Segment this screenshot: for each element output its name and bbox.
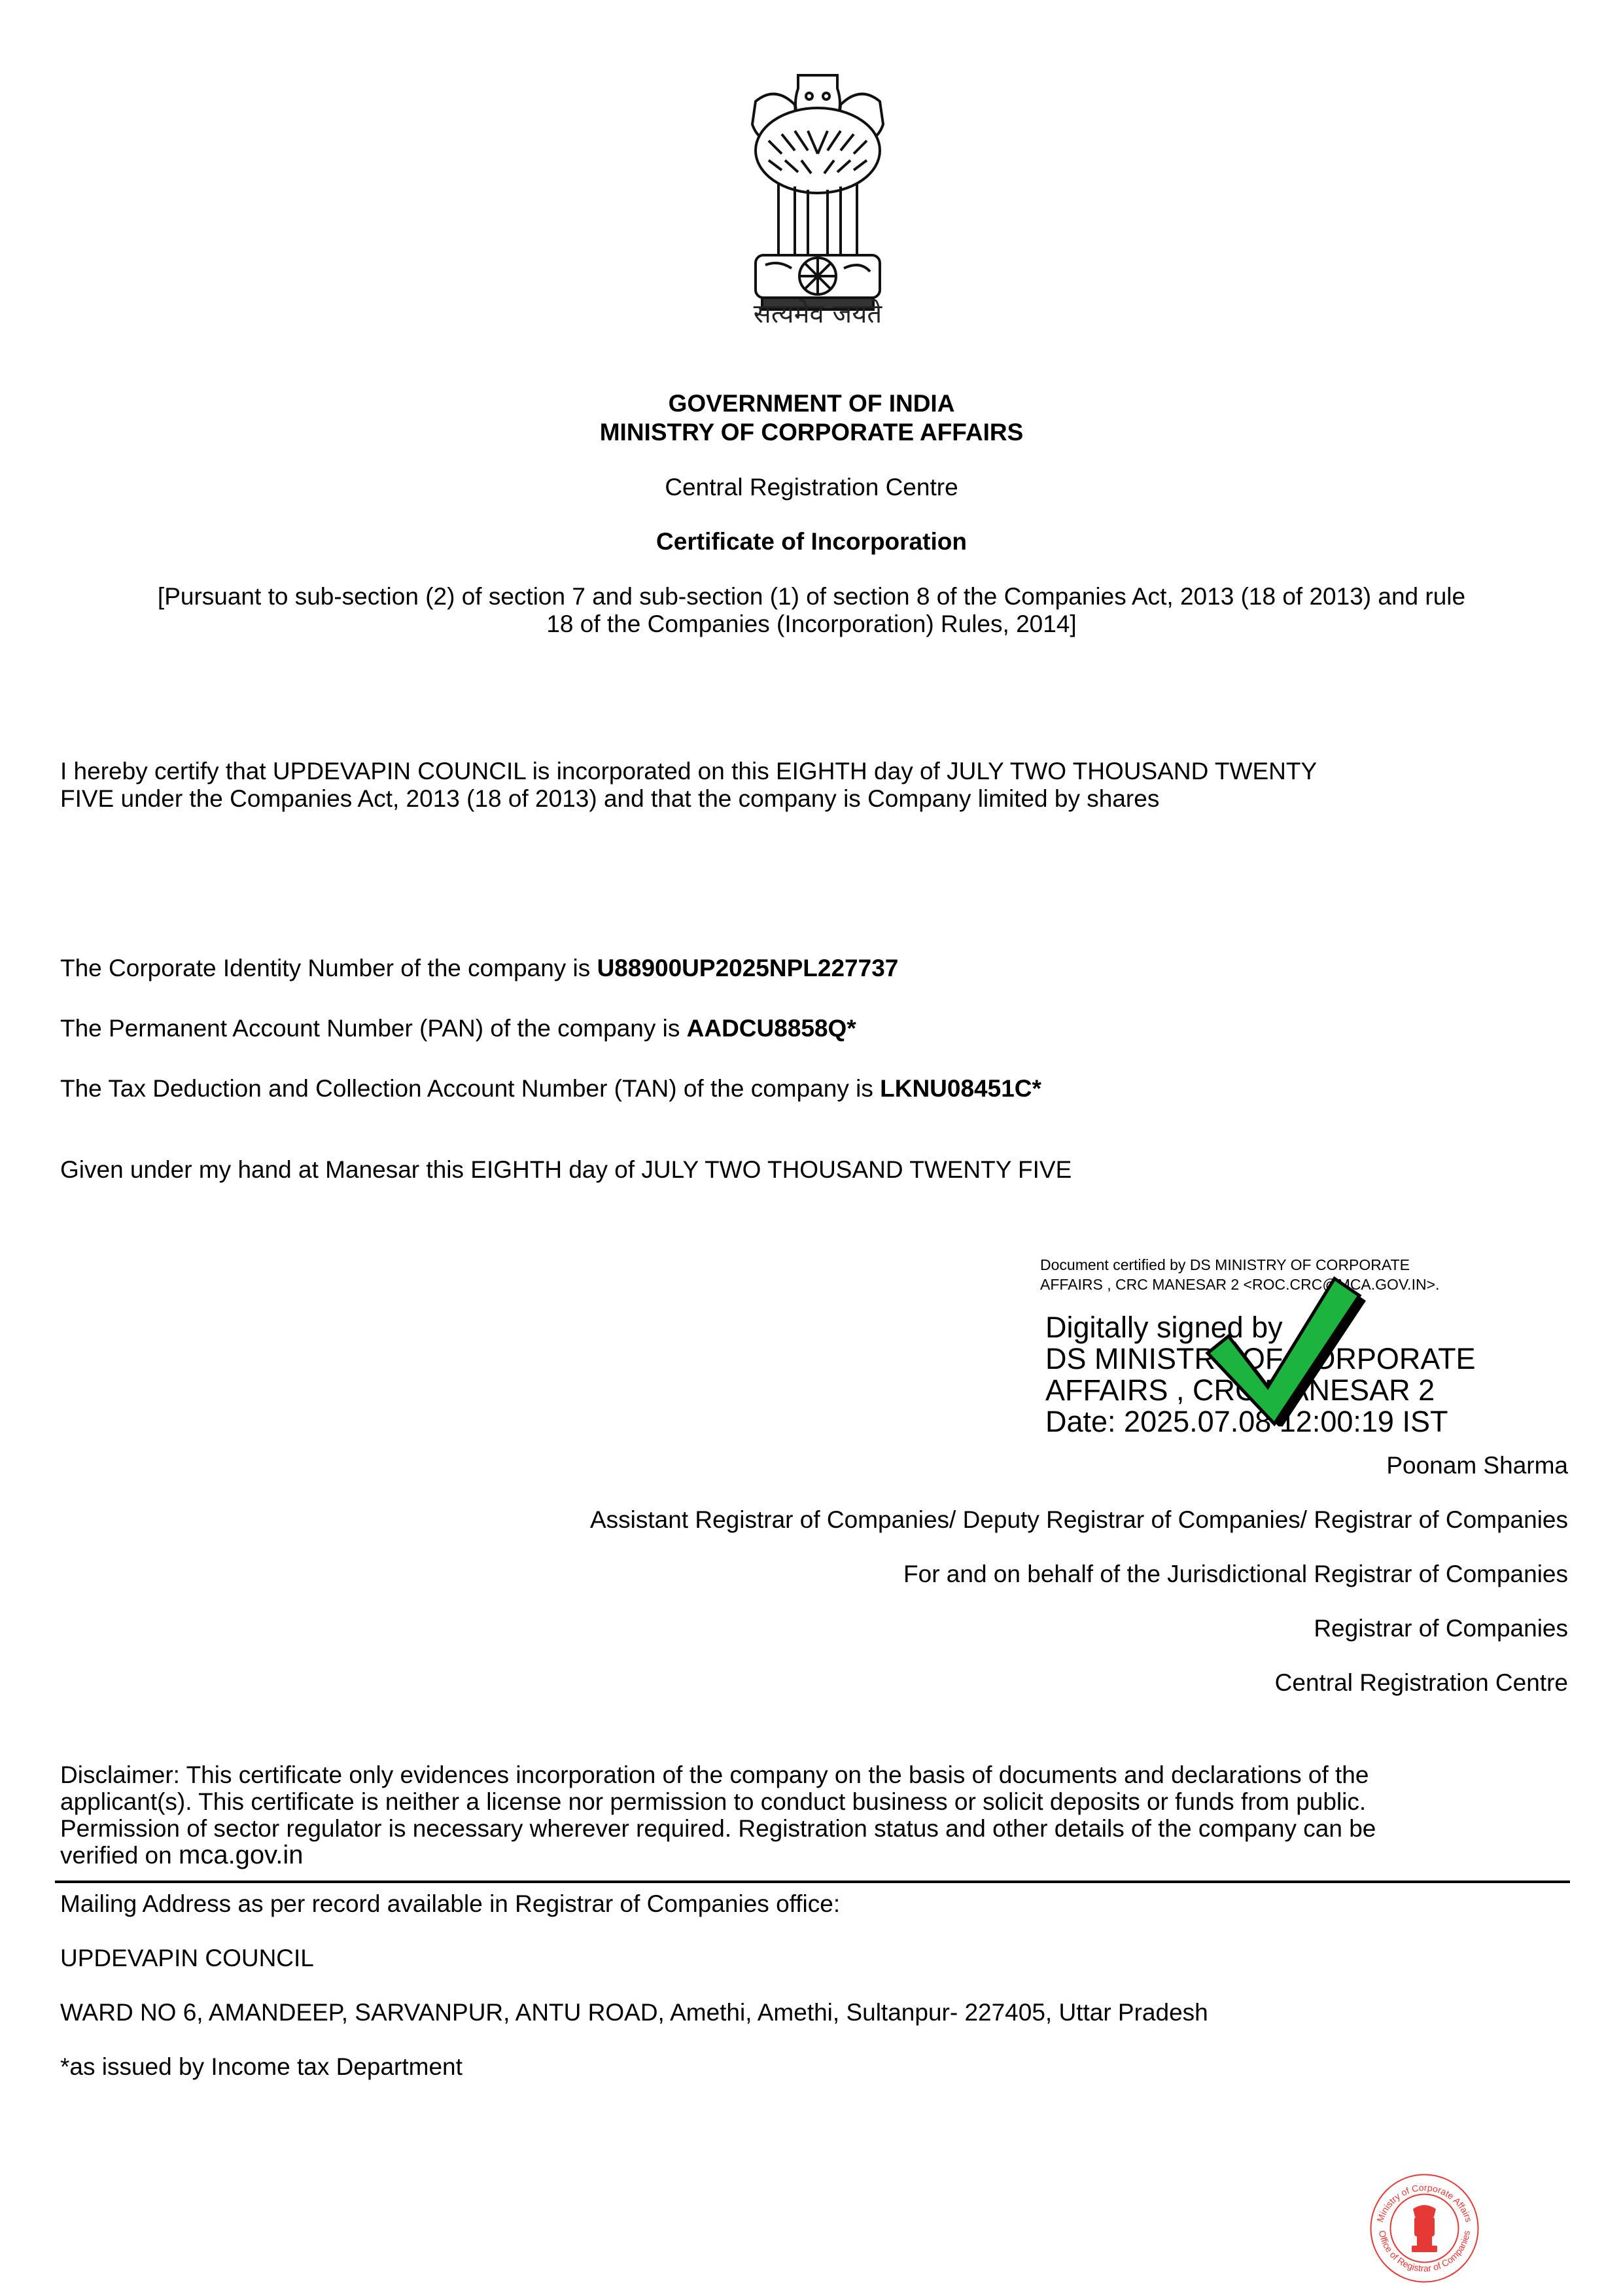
document-title: Certificate of Incorporation: [0, 527, 1623, 556]
mailing-company: UPDEVAPIN COUNCIL: [60, 1944, 1565, 1973]
signatory-office: Registrar of Companies: [1314, 1614, 1568, 1643]
section-divider: [55, 1881, 1570, 1883]
signatory-behalf: For and on behalf of the Jurisdictional …: [903, 1560, 1568, 1589]
centre-subheading: Central Registration Centre: [0, 473, 1623, 502]
disclaimer-line-1: Disclaimer: This certificate only eviden…: [60, 1761, 1565, 1788]
signatory-name: Poonam Sharma: [1386, 1451, 1568, 1480]
certification-line-2: FIVE under the Companies Act, 2013 (18 o…: [60, 785, 1565, 813]
disclaimer: Disclaimer: This certificate only eviden…: [60, 1761, 1565, 1869]
green-checkmark-icon[interactable]: [1197, 1269, 1367, 1426]
pan-row: The Permanent Account Number (PAN) of th…: [60, 1014, 1565, 1043]
disclaimer-verify-text: verified on: [60, 1842, 172, 1869]
pan-label: The Permanent Account Number (PAN) of th…: [60, 1015, 680, 1042]
signatory-designation: Assistant Registrar of Companies/ Deputy…: [590, 1506, 1568, 1534]
given-under-hand-line: Given under my hand at Manesar this EIGH…: [60, 1156, 1565, 1184]
cin-row: The Corporate Identity Number of the com…: [60, 954, 1565, 983]
pursuant-line-1: [Pursuant to sub-section (2) of section …: [0, 582, 1623, 611]
certification-line-1: I hereby certify that UPDEVAPIN COUNCIL …: [60, 757, 1565, 786]
ministry-heading: MINISTRY OF CORPORATE AFFAIRS: [0, 418, 1623, 447]
mailing-address: WARD NO 6, AMANDEEP, SARVANPUR, ANTU ROA…: [60, 1998, 1565, 2027]
pan-value: AADCU8858Q*: [687, 1015, 856, 1042]
roc-seal-icon: Ministry of Corporate Affairs Office of …: [1367, 2171, 1482, 2286]
cin-value: U88900UP2025NPL227737: [597, 955, 899, 981]
signatory-centre: Central Registration Centre: [1275, 1669, 1568, 1697]
tan-label: The Tax Deduction and Collection Account…: [60, 1075, 873, 1102]
mailing-heading: Mailing Address as per record available …: [60, 1890, 1565, 1918]
national-emblem-icon: [729, 56, 906, 330]
emblem-motto: सत्यमेव जयते: [729, 294, 906, 330]
tax-footnote: *as issued by Income tax Department: [60, 2053, 1565, 2081]
disclaimer-line-2: applicant(s). This certificate is neithe…: [60, 1788, 1565, 1815]
government-heading: GOVERNMENT OF INDIA: [0, 389, 1623, 418]
mca-link[interactable]: mca.gov.in: [179, 1841, 303, 1869]
disclaimer-line-3: Permission of sector regulator is necess…: [60, 1815, 1565, 1842]
tan-row: The Tax Deduction and Collection Account…: [60, 1074, 1565, 1103]
disclaimer-line-4: verified on mca.gov.in: [60, 1842, 1565, 1869]
tan-value: LKNU08451C*: [880, 1075, 1041, 1102]
pursuant-line-2: 18 of the Companies (Incorporation) Rule…: [0, 610, 1623, 639]
cin-label: The Corporate Identity Number of the com…: [60, 955, 590, 981]
